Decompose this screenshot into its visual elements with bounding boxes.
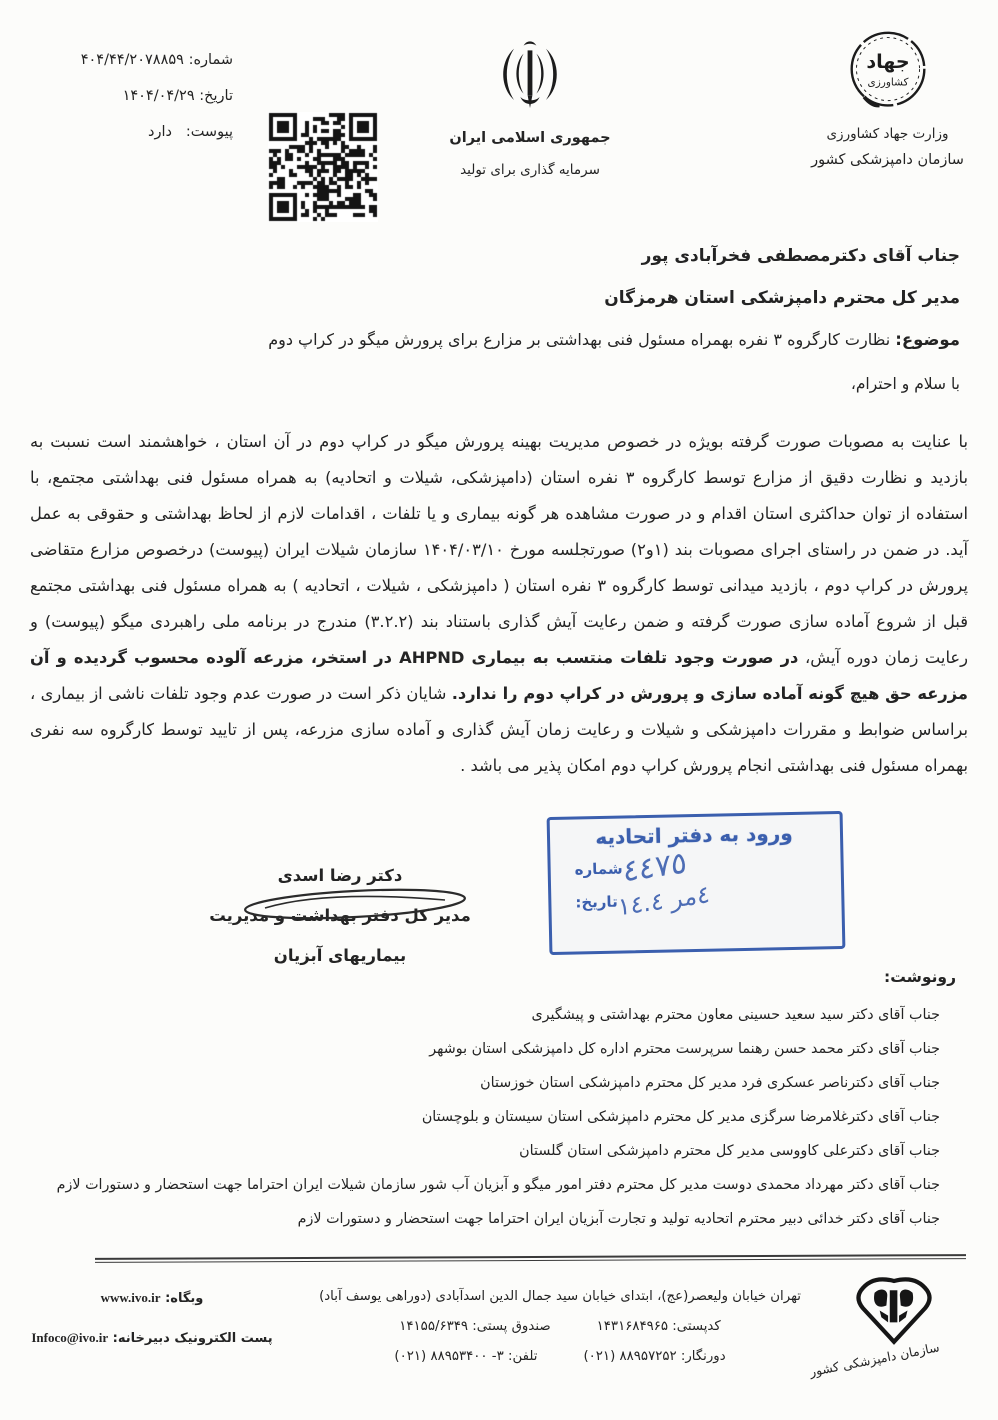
cc-item: جناب آقای دکترعلی کاووسی مدیر کل محترم د… xyxy=(30,1134,956,1168)
signature-block: دکتر رضا اسدی مدیر کل دفتر بهداشت و مدیر… xyxy=(175,856,505,976)
organization-name: سازمان دامپزشکی کشور xyxy=(790,152,985,168)
body-part1: با عنایت به مصوبات صورت گرفته بویژه در خ… xyxy=(30,432,968,667)
ivo-logo-icon xyxy=(851,1270,937,1346)
salutation: با سلام و احترام، xyxy=(38,375,960,393)
letter-body: با عنایت به مصوبات صورت گرفته بویژه در خ… xyxy=(30,424,968,784)
footer-fax: دورنگار: ۸۸۹۵۷۲۵۲ (۰۲۱) xyxy=(583,1342,725,1372)
fax-label: دورنگار: xyxy=(681,1349,726,1364)
subject-label: موضوع: xyxy=(895,330,960,349)
date-value: ۱۴۰۴/۰۴/۲۹ xyxy=(123,88,195,104)
pobox-label: صندوق پستی: xyxy=(472,1319,550,1334)
signer-title-1: مدیر کل دفتر بهداشت و مدیریت xyxy=(175,896,505,936)
cc-item: جناب آقای دکترغلامرضا سرگزی مدیر کل محتر… xyxy=(30,1100,956,1134)
cc-item: جناب آقای دکتر محمد حسن رهنما سرپرست محت… xyxy=(30,1032,956,1066)
letter-page: شماره: ۴۰۴/۴۴/۲۰۷۸۸۵۹ تاریخ: ۱۴۰۴/۰۴/۲۹ … xyxy=(0,0,998,1420)
postcode-value: ۱۴۳۱۶۸۴۹۶۵ xyxy=(597,1319,668,1334)
recipient-block: جناب آقای دکترمصطفی فخرآبادی پور مدیر کل… xyxy=(38,246,960,393)
subject-text: نظارت کارگروه ۳ نفره بهمراه مسئول فنی به… xyxy=(268,330,890,349)
stamp-date-label: تاریخ: xyxy=(575,893,618,912)
pobox-value: ۱۴۱۵۵/۶۳۴۹ xyxy=(399,1319,468,1334)
phone-value: ۳- ۸۸۹۵۳۴۰۰ (۰۲۱) xyxy=(394,1349,503,1364)
union-entry-stamp: ورود به دفتر اتحادیه شماره ٤٤٧٥ تاریخ: ٤… xyxy=(547,811,846,955)
website-label: وبگاه: xyxy=(165,1291,203,1306)
emblem-title: جمهوری اسلامی ایران xyxy=(400,130,660,146)
postcode-label: کدپستی: xyxy=(672,1319,720,1334)
footer-email: پست الکترونیک دبیرخانه: Infoco@ivo.ir xyxy=(22,1330,282,1346)
fax-value: ۸۸۹۵۷۲۵۲ (۰۲۱) xyxy=(583,1349,676,1364)
footer-phone: تلفن: ۳- ۸۸۹۵۳۴۰۰ (۰۲۱) xyxy=(394,1342,537,1372)
website-value: www.ivo.ir xyxy=(101,1290,161,1305)
attachment-label: پیوست: xyxy=(186,124,233,140)
stamp-number-value: ٤٤٧٥ xyxy=(622,845,687,889)
letter-meta: شماره: ۴۰۴/۴۴/۲۰۷۸۸۵۹ تاریخ: ۱۴۰۴/۰۴/۲۹ … xyxy=(28,52,233,160)
recipient-title: مدیر کل محترم دامپزشکی استان هرمزگان xyxy=(38,288,960,308)
number-label: شماره: xyxy=(189,52,233,68)
subject-line: موضوع: نظارت کارگروه ۳ نفره بهمراه مسئول… xyxy=(38,330,960,349)
footer-website: وبگاه: www.ivo.ir xyxy=(22,1290,282,1306)
cc-title: رونوشت: xyxy=(30,968,956,986)
recipient-name: جناب آقای دکترمصطفی فخرآبادی پور xyxy=(38,246,960,266)
letter-date: تاریخ: ۱۴۰۴/۰۴/۲۹ xyxy=(28,88,233,104)
attachment-value: دارد xyxy=(148,124,172,140)
footer-pobox: صندوق پستی: ۱۴۱۵۵/۶۳۴۹ xyxy=(399,1312,550,1342)
svg-text:جهاد: جهاد xyxy=(866,50,909,73)
cc-item: جناب آقای دکتر سید سعید حسینی معاون محتر… xyxy=(30,998,956,1032)
date-label: تاریخ: xyxy=(199,88,233,104)
stamp-title: ورود به دفتر اتحادیه xyxy=(560,820,828,850)
cc-item: جناب آقای دکتر خدائی دبیر محترم اتحادیه … xyxy=(30,1202,956,1236)
email-value: Infoco@ivo.ir xyxy=(31,1330,108,1345)
emblem-slogan: سرمایه گذاری برای تولید xyxy=(400,162,660,178)
phone-label: تلفن: xyxy=(508,1349,537,1364)
cc-item: جناب آقای دکتر مهرداد محمدی دوست مدیر کل… xyxy=(30,1168,956,1202)
footer-divider xyxy=(95,1254,966,1263)
cc-section: رونوشت: جناب آقای دکتر سید سعید حسینی مع… xyxy=(30,968,956,1236)
email-label: پست الکترونیک دبیرخانه: xyxy=(113,1331,273,1346)
footer-web-block: وبگاه: www.ivo.ir پست الکترونیک دبیرخانه… xyxy=(22,1290,282,1370)
signer-name: دکتر رضا اسدی xyxy=(175,856,505,896)
jihad-logo-icon: جهاد کشاورزی xyxy=(845,28,931,114)
footer-address: تهران خیابان ولیعصر(عج)، ابتدای خیابان س… xyxy=(300,1282,820,1312)
qr-code xyxy=(268,112,378,222)
cc-item: جناب آقای دکترناصر عسکری فرد مدیر کل محت… xyxy=(30,1066,956,1100)
header-center: جمهوری اسلامی ایران سرمایه گذاری برای تو… xyxy=(400,36,660,178)
letter-number: شماره: ۴۰۴/۴۴/۲۰۷۸۸۵۹ xyxy=(28,52,233,68)
footer-address-block: تهران خیابان ولیعصر(عج)، ابتدای خیابان س… xyxy=(300,1282,820,1372)
svg-text:کشاورزی: کشاورزی xyxy=(867,76,908,88)
iran-emblem-icon xyxy=(482,36,578,124)
footer-postcode: کدپستی: ۱۴۳۱۶۸۴۹۶۵ xyxy=(597,1312,721,1342)
header-right: جهاد کشاورزی وزارت جهاد کشاورزی سازمان د… xyxy=(790,28,985,168)
number-value: ۴۰۴/۴۴/۲۰۷۸۸۵۹ xyxy=(81,52,184,68)
ministry-name: وزارت جهاد کشاورزی xyxy=(790,126,985,142)
stamp-number-label: شماره xyxy=(574,859,622,878)
footer-logo: سازمان دامپزشکی کشور xyxy=(848,1270,940,1363)
letter-attachment: پیوست: دارد xyxy=(28,124,233,140)
